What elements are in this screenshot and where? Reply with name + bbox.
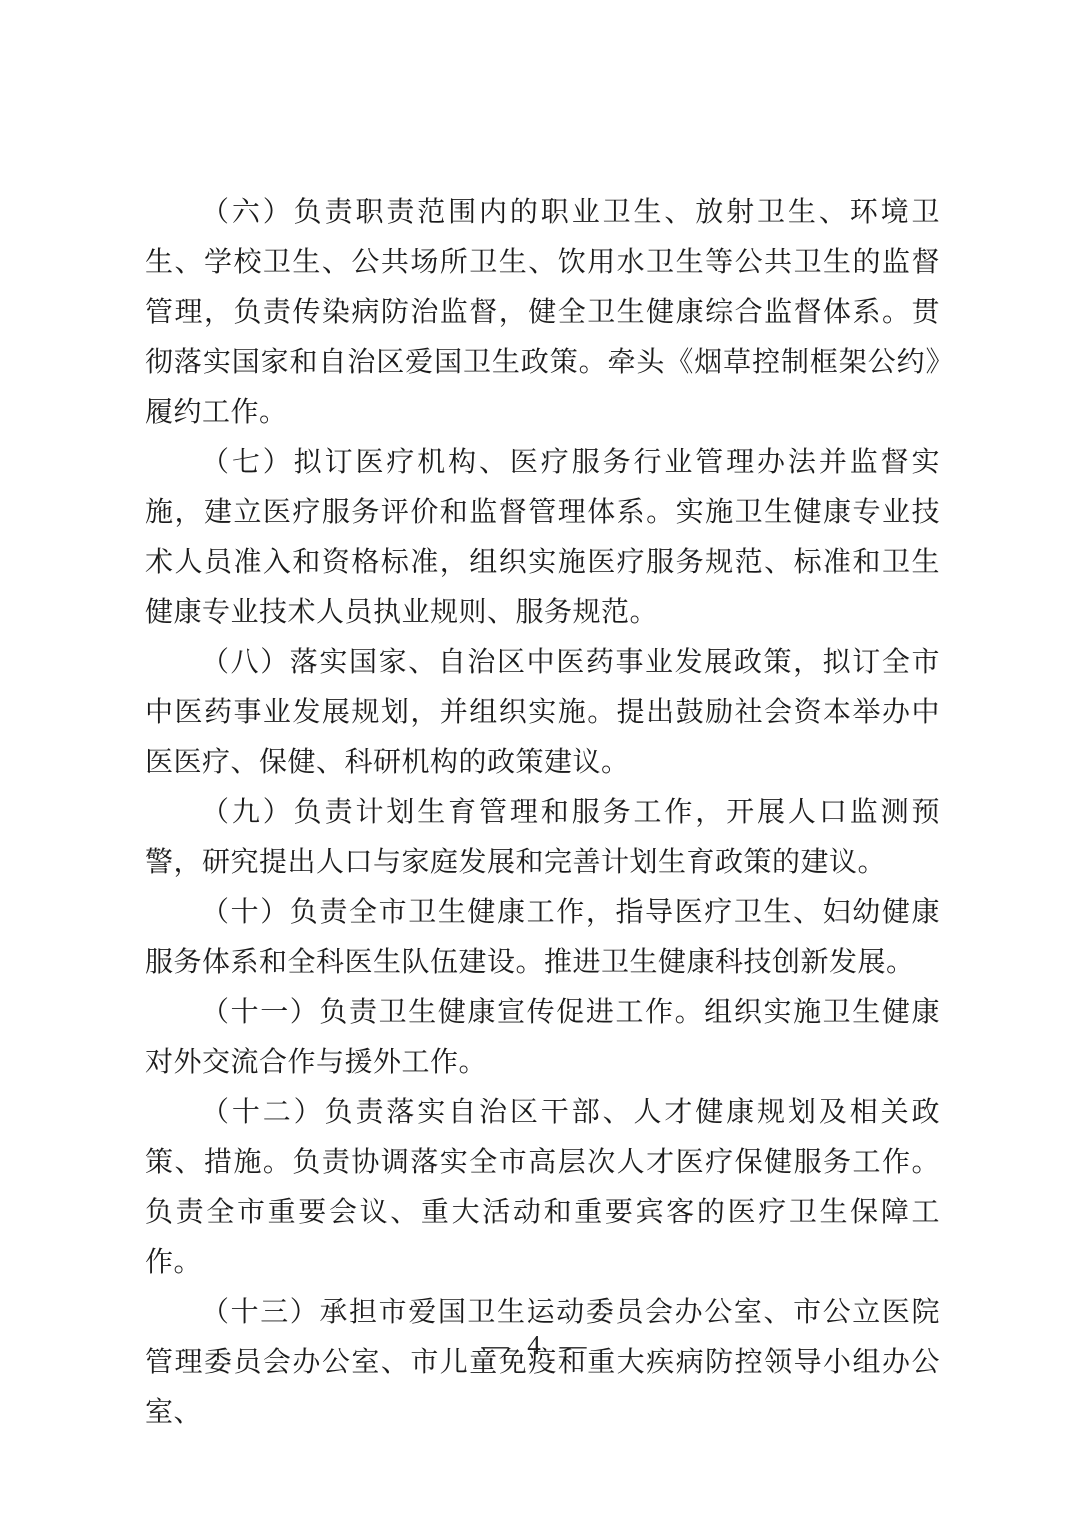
document-body: （六）负责职责范围内的职业卫生、放射卫生、环境卫生、学校卫生、公共场所卫生、饮用… (145, 188, 940, 1438)
paragraph-item-8: （八）落实国家、自治区中医药事业发展政策，拟订全市中医药事业发展规划，并组织实施… (145, 638, 940, 788)
paragraph-item-11: （十一）负责卫生健康宣传促进工作。组织实施卫生健康对外交流合作与援外工作。 (145, 988, 940, 1088)
paragraph-item-7: （七）拟订医疗机构、医疗服务行业管理办法并监督实施，建立医疗服务评价和监督管理体… (145, 438, 940, 638)
paragraph-item-10: （十）负责全市卫生健康工作，指导医疗卫生、妇幼健康服务体系和全科医生队伍建设。推… (145, 888, 940, 988)
paragraph-item-13: （十三）承担市爱国卫生运动委员会办公室、市公立医院管理委员会办公室、市儿童免疫和… (145, 1288, 940, 1438)
page-number: — 4 — (482, 1330, 593, 1360)
paragraph-item-6: （六）负责职责范围内的职业卫生、放射卫生、环境卫生、学校卫生、公共场所卫生、饮用… (145, 188, 940, 438)
document-page: （六）负责职责范围内的职业卫生、放射卫生、环境卫生、学校卫生、公共场所卫生、饮用… (0, 0, 1074, 1520)
paragraph-item-9: （九）负责计划生育管理和服务工作，开展人口监测预警，研究提出人口与家庭发展和完善… (145, 788, 940, 888)
paragraph-item-12: （十二）负责落实自治区干部、人才健康规划及相关政策、措施。负责协调落实全市高层次… (145, 1088, 940, 1288)
page-footer: — 4 — (0, 1330, 1074, 1361)
